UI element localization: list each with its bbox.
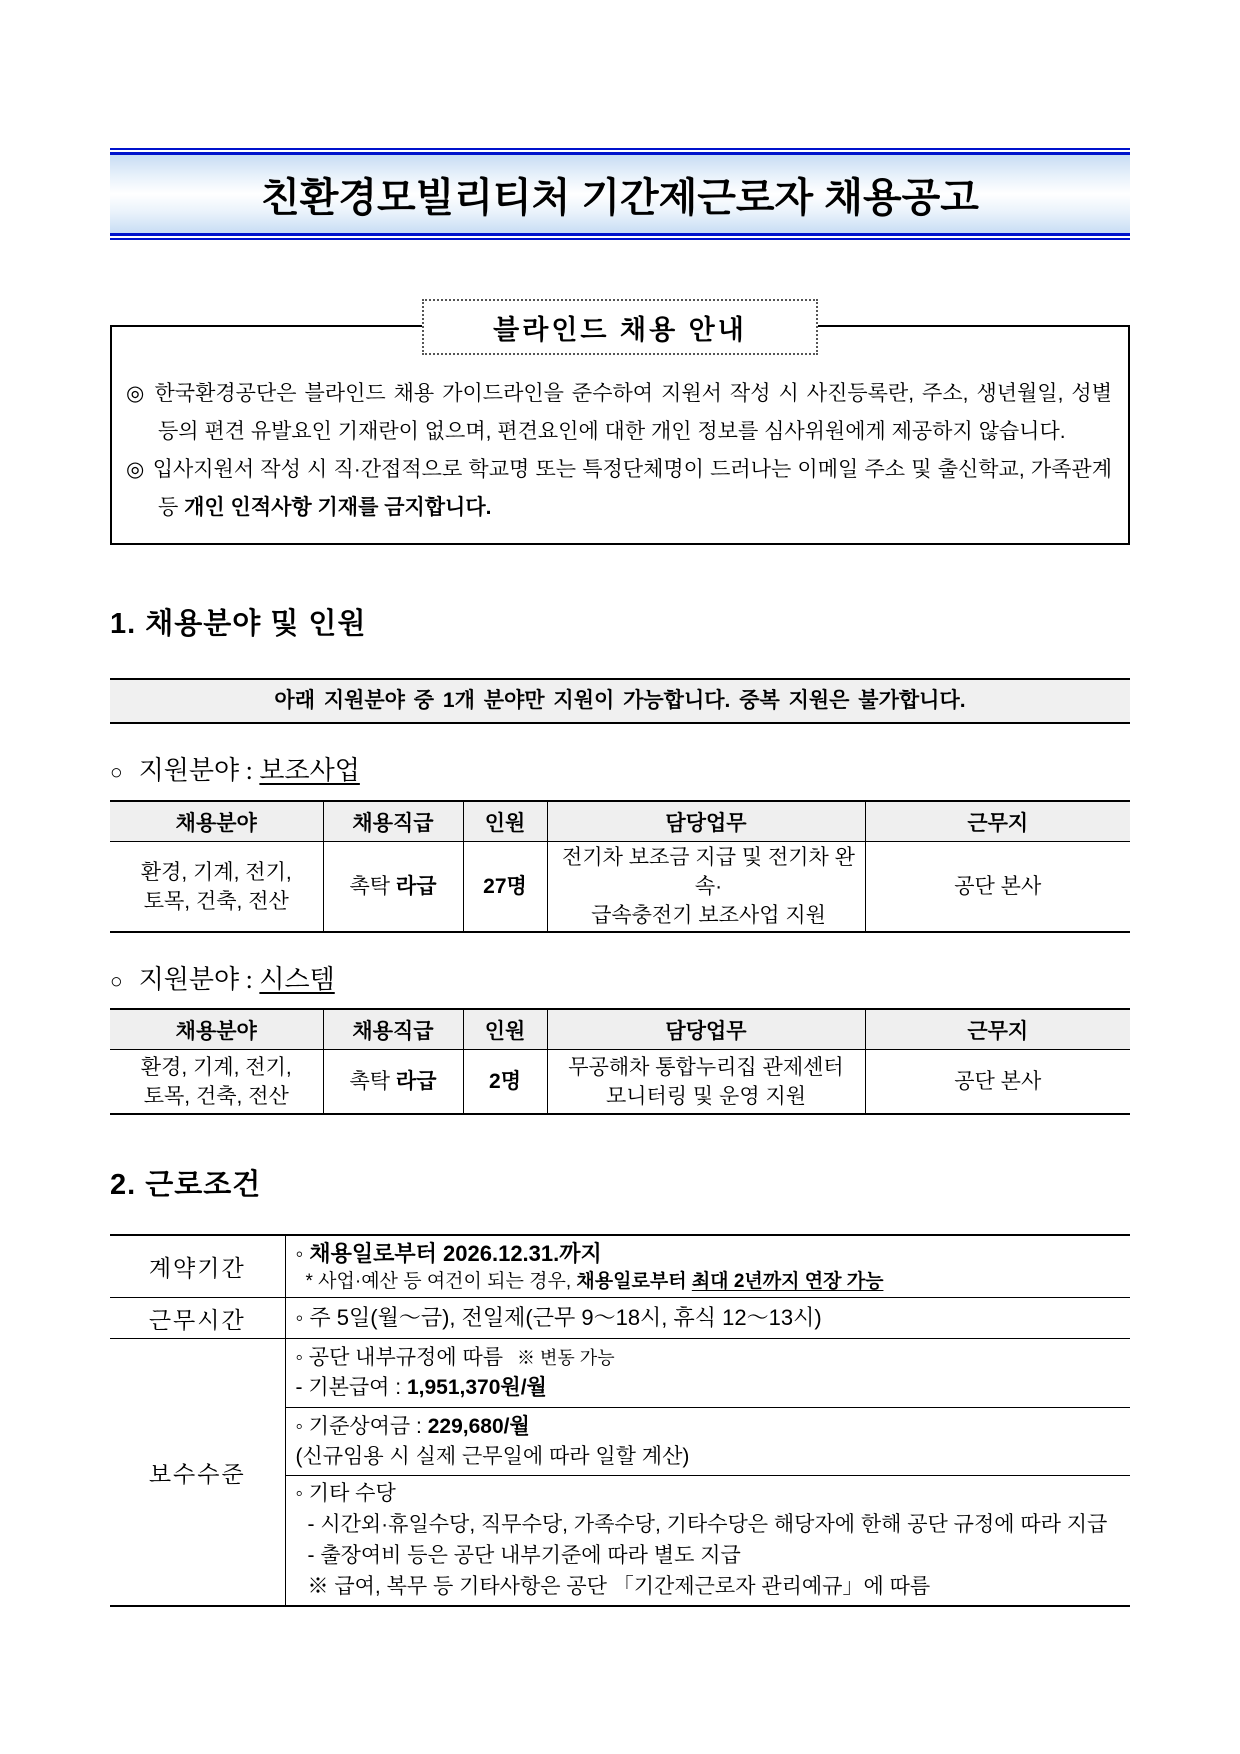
pay-rule-line: ◦ 공단 내부규정에 따름※ 변동 가능	[296, 1343, 1127, 1373]
apply-field-line-system: ○지원분야 : 시스템	[110, 959, 1130, 996]
header-duty: 담당업무	[547, 1009, 865, 1050]
grade-bold: 라급	[396, 1070, 437, 1093]
banner-background: 친환경모빌리티처 기간제근로자 채용공고	[110, 155, 1130, 233]
header-recruit-grade: 채용직급	[323, 1009, 463, 1050]
header-worksite: 근무지	[865, 1009, 1130, 1050]
contract-period-note: * 사업·예산 등 여건이 되는 경우, 채용일로부터 최대 2년까지 연장 가…	[296, 1269, 1127, 1294]
cell-duty: 무공해차 통합누리집 관제센터 모니터링 및 운영 지원	[547, 1050, 865, 1115]
apply-field-label: 지원분야 :	[139, 965, 260, 994]
application-restriction-notice: 아래 지원분야 중 1개 분야만 지원이 가능합니다. 중복 지원은 불가합니다…	[110, 678, 1130, 724]
working-hours-content: ◦ 주 5일(월～금), 전일제(근무 9～18시, 휴식 12～13시)	[285, 1298, 1130, 1339]
circle-marker: ○	[110, 969, 123, 993]
apply-field-label: 지원분야 :	[139, 756, 260, 785]
blind-guide-box: 블라인드 채용 안내 ◎한국환경공단은 블라인드 채용 가이드라인을 준수하여 …	[110, 325, 1130, 545]
working-conditions-table: 계약기간 ◦ 채용일로부터 2026.12.31.까지 * 사업·예산 등 여건…	[110, 1234, 1130, 1607]
grade-prefix: 촉탁	[350, 875, 396, 898]
cell-duty: 전기차 보조금 지급 및 전기차 완속· 급속충전기 보조사업 지원	[547, 842, 865, 933]
pay-regulation-reference: ※ 급여, 복무 등 기타사항은 공단 「기간제근로자 관리예규」에 따름	[296, 1571, 1127, 1602]
cell-headcount: 27명	[463, 842, 547, 933]
banner-title: 친환경모빌리티처 기간제근로자 채용공고	[261, 166, 979, 223]
double-circle-marker: ◎	[126, 458, 145, 481]
other-allowance-title: ◦ 기타 수당	[296, 1479, 1127, 1509]
header-recruit-field: 채용분야	[110, 1009, 323, 1050]
recruitment-table-system: 채용분야 채용직급 인원 담당업무 근무지 환경, 기계, 전기, 토목, 건축…	[110, 1008, 1130, 1115]
table-header-row: 채용분야 채용직급 인원 담당업무 근무지	[110, 801, 1130, 842]
table-header-row: 채용분야 채용직급 인원 담당업무 근무지	[110, 1009, 1130, 1050]
base-salary-line: - 기본급여 : 1,951,370원/월	[296, 1373, 1127, 1403]
cell-recruit-grade: 촉탁 라급	[323, 1050, 463, 1115]
blind-guide-item-1-text: 한국환경공단은 블라인드 채용 가이드라인을 준수하여 지원서 작성 시 사진등…	[155, 382, 1113, 443]
apply-field-line-subsidy: ○지원분야 : 보조사업	[110, 750, 1130, 787]
document-content: 친환경모빌리티처 기간제근로자 채용공고 블라인드 채용 안내 ◎한국환경공단은…	[110, 0, 1130, 1607]
bonus-amount: 229,680/월	[428, 1415, 530, 1438]
document-page: 친환경모빌리티처 기간제근로자 채용공고 블라인드 채용 안내 ◎한국환경공단은…	[0, 0, 1240, 1754]
recruitment-table-subsidy: 채용분야 채용직급 인원 담당업무 근무지 환경, 기계, 전기, 토목, 건축…	[110, 800, 1130, 933]
pay-base-salary: ◦ 공단 내부규정에 따름※ 변동 가능 - 기본급여 : 1,951,370원…	[285, 1339, 1130, 1408]
header-recruit-field: 채용분야	[110, 801, 323, 842]
circle-marker: ○	[110, 760, 123, 784]
grade-bold: 라급	[396, 875, 437, 898]
recruitment-banner: 친환경모빌리티처 기간제근로자 채용공고	[110, 148, 1130, 240]
note-underline: 최대 2년까지 연장 가능	[692, 1271, 884, 1292]
row-working-hours: 근무시간 ◦ 주 5일(월～금), 전일제(근무 9～18시, 휴식 12～13…	[110, 1298, 1130, 1339]
blind-guide-item-2: ◎입사지원서 작성 시 직·간접적으로 학교명 또는 특정단체명이 드러나는 이…	[126, 451, 1112, 527]
header-headcount: 인원	[463, 1009, 547, 1050]
cell-recruit-grade: 촉탁 라급	[323, 842, 463, 933]
header-duty: 담당업무	[547, 801, 865, 842]
cell-recruit-field: 환경, 기계, 전기, 토목, 건축, 전산	[110, 842, 323, 933]
base-salary-label: - 기본급여 :	[296, 1376, 407, 1399]
table-row: 환경, 기계, 전기, 토목, 건축, 전산 촉탁 라급 27명 전기차 보조금…	[110, 842, 1130, 933]
working-hours-line: ◦ 주 5일(월～금), 전일제(근무 9～18시, 휴식 12～13시)	[296, 1302, 1127, 1334]
contract-period-line: ◦ 채용일로부터 2026.12.31.까지	[296, 1239, 1127, 1269]
base-salary-amount: 1,951,370원/월	[407, 1376, 547, 1399]
section-2-heading: 2. 근로조건	[110, 1162, 1130, 1203]
apply-field-value-system: 시스템	[259, 965, 334, 994]
blind-guide-item-1: ◎한국환경공단은 블라인드 채용 가이드라인을 준수하여 지원서 작성 시 사진…	[126, 375, 1112, 451]
contract-period-content: ◦ 채용일로부터 2026.12.31.까지 * 사업·예산 등 여건이 되는 …	[285, 1235, 1130, 1298]
banner-rule-bottom-thin	[110, 238, 1130, 240]
pay-other-allowances: ◦ 기타 수당 - 시간외·휴일수당, 직무수당, 가족수당, 기타수당은 해당…	[285, 1476, 1130, 1607]
pay-bonus: ◦ 기준상여금 : 229,680/월 (신규임용 시 실제 근무일에 따라 일…	[285, 1408, 1130, 1476]
other-allowance-item-1: - 시간외·휴일수당, 직무수당, 가족수당, 기타수당은 해당자에 한해 공단…	[296, 1509, 1127, 1540]
note-prefix: * 사업·예산 등 여건이 되는 경우,	[306, 1271, 577, 1292]
pay-rule-note: ※ 변동 가능	[517, 1348, 615, 1368]
other-allowance-item-2: - 출장여비 등은 공단 내부기준에 따라 별도 지급	[296, 1540, 1127, 1571]
bonus-proration-note: (신규임용 시 실제 근무일에 따라 일할 계산)	[296, 1442, 1127, 1472]
pay-rule-text: ◦ 공단 내부규정에 따름	[296, 1346, 504, 1369]
section-1-heading: 1. 채용분야 및 인원	[110, 601, 1130, 642]
contract-period-label: 계약기간	[110, 1235, 285, 1298]
cell-worksite: 공단 본사	[865, 1050, 1130, 1115]
cell-recruit-field: 환경, 기계, 전기, 토목, 건축, 전산	[110, 1050, 323, 1115]
table-row: 환경, 기계, 전기, 토목, 건축, 전산 촉탁 라급 2명 무공해차 통합누…	[110, 1050, 1130, 1115]
apply-field-value-subsidy: 보조사업	[259, 756, 359, 785]
working-hours-label: 근무시간	[110, 1298, 285, 1339]
pay-level-label: 보수수준	[110, 1339, 285, 1607]
row-pay-level-1: 보수수준 ◦ 공단 내부규정에 따름※ 변동 가능 - 기본급여 : 1,951…	[110, 1339, 1130, 1408]
blind-guide-item-2-emphasis: 개인 인적사항 기재를 금지합니다.	[184, 496, 491, 519]
header-worksite: 근무지	[865, 801, 1130, 842]
row-contract-period: 계약기간 ◦ 채용일로부터 2026.12.31.까지 * 사업·예산 등 여건…	[110, 1235, 1130, 1298]
header-recruit-grade: 채용직급	[323, 801, 463, 842]
double-circle-marker: ◎	[126, 382, 147, 405]
header-headcount: 인원	[463, 801, 547, 842]
bonus-label: ◦ 기준상여금 :	[296, 1415, 428, 1438]
grade-prefix: 촉탁	[350, 1070, 396, 1093]
blind-guide-title: 블라인드 채용 안내	[422, 299, 818, 355]
cell-headcount: 2명	[463, 1050, 547, 1115]
note-bold: 채용일로부터	[576, 1271, 691, 1292]
cell-worksite: 공단 본사	[865, 842, 1130, 933]
bonus-line: ◦ 기준상여금 : 229,680/월	[296, 1412, 1127, 1442]
